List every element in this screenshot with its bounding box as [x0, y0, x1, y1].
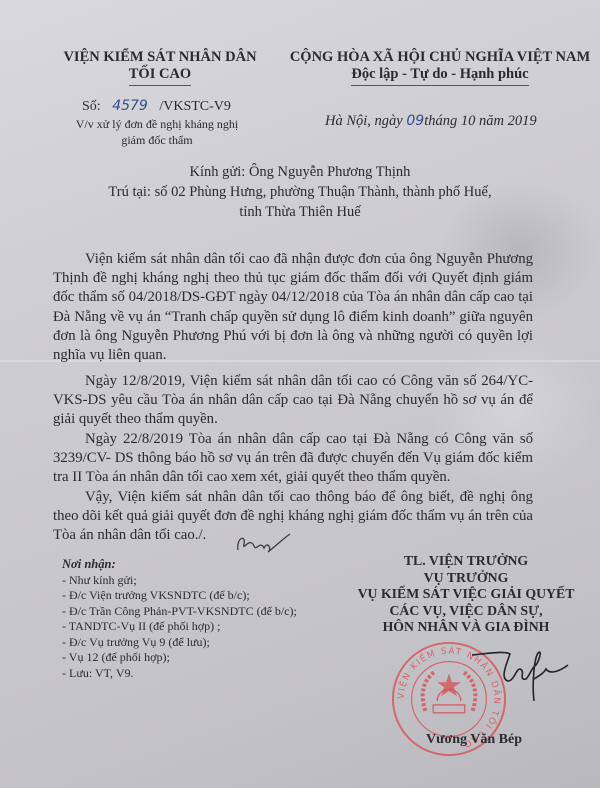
body-paragraph: Ngày 12/8/2019, Viện kiểm sát nhân dân t… [53, 372, 533, 430]
issuing-agency: VIỆN KIỂM SÁT NHÂN DÂN TỐI CAO [45, 49, 275, 86]
date-day-handwritten: 09 [406, 113, 424, 129]
body-paragraph: Ngày 22/8/2019 Tòa án nhân dân cấp cao t… [53, 430, 533, 488]
agency-line-2: TỐI CAO [129, 66, 191, 86]
cc-item: - TANDTC-Vụ II (để phối hợp) ; [62, 619, 297, 635]
document-number: Số: 4579 /VKSTC-V9 [82, 98, 231, 115]
recipient-to: Kính gửi: Ông Nguyễn Phương Thịnh [60, 162, 540, 182]
sign-line: VỤ KIỂM SÁT VIỆC GIẢI QUYẾT [330, 586, 600, 603]
cc-item: - Như kính gửi; [62, 573, 297, 589]
national-header: CỘNG HÒA XÃ HỘI CHỦ NGHĨA VIỆT NAM Độc l… [275, 49, 600, 86]
cc-item: - Vụ 12 (để phối hợp); [62, 650, 297, 666]
cc-item: - Lưu: VT, V9. [62, 666, 297, 682]
doc-number-handwritten: 4579 [112, 98, 148, 114]
agency-line-1: VIỆN KIỂM SÁT NHÂN DÂN [45, 49, 275, 66]
handwritten-initials [232, 530, 292, 558]
body-paragraph: Vậy, Viện kiểm sát nhân dân tối cao thôn… [53, 488, 533, 546]
handwritten-signature [470, 645, 570, 705]
sign-line: VỤ TRƯỞNG [330, 570, 600, 587]
recipient-address-1: Trú tại: số 02 Phùng Hưng, phường Thuận … [60, 182, 540, 202]
cc-item: - Đ/c Viện trưởng VKSNDTC (để b/c); [62, 588, 297, 604]
sign-line: HÔN NHÂN VÀ GIA ĐÌNH [330, 619, 600, 636]
subject-line-1: V/v xử lý đơn đề nghị kháng nghị [62, 116, 252, 132]
sign-line: CÁC VỤ, VIỆC DÂN SỰ, [330, 603, 600, 620]
document-subject: V/v xử lý đơn đề nghị kháng nghị giám đố… [62, 116, 252, 148]
recipients-list: Nơi nhận: - Như kính gửi; - Đ/c Viện trư… [62, 557, 297, 681]
national-motto: Độc lập - Tự do - Hạnh phúc [351, 66, 528, 86]
signer-name: Vương Văn Bép [404, 732, 544, 748]
body-paragraph: Viện kiểm sát nhân dân tối cao đã nhận đ… [53, 250, 533, 365]
date-place: Hà Nội, ngày [325, 113, 406, 129]
recipient-block: Kính gửi: Ông Nguyễn Phương Thịnh Trú tạ… [60, 162, 540, 222]
doc-number-prefix: Số: [82, 99, 101, 114]
cc-title: Nơi nhận: [62, 557, 297, 573]
date-rest: tháng 10 năm 2019 [424, 113, 536, 129]
recipient-address-2: tỉnh Thừa Thiên Huế [60, 202, 540, 222]
paragraph-text: Vậy, Viện kiểm sát nhân dân tối cao thôn… [53, 488, 533, 546]
sign-line: TL. VIỆN TRƯỞNG [330, 553, 600, 570]
paragraph-text: Ngày 22/8/2019 Tòa án nhân dân cấp cao t… [53, 430, 533, 488]
paragraph-text: Viện kiểm sát nhân dân tối cao đã nhận đ… [53, 250, 533, 365]
signature-block: TL. VIỆN TRƯỞNG VỤ TRƯỞNG VỤ KIỂM SÁT VI… [330, 553, 600, 636]
date-line: Hà Nội, ngày 09tháng 10 năm 2019 [325, 113, 537, 130]
subject-line-2: giám đốc thẩm [62, 132, 252, 148]
paragraph-text: Ngày 12/8/2019, Viện kiểm sát nhân dân t… [53, 372, 533, 430]
doc-number-suffix: /VKSTC-V9 [159, 99, 231, 114]
cc-item: - Đ/c Trần Công Phản-PVT-VKSNDTC (để b/c… [62, 604, 297, 620]
republic-name: CỘNG HÒA XÃ HỘI CHỦ NGHĨA VIỆT NAM [275, 49, 600, 66]
cc-item: - Đ/c Vụ trưởng Vụ 9 (để lưu); [62, 635, 297, 651]
